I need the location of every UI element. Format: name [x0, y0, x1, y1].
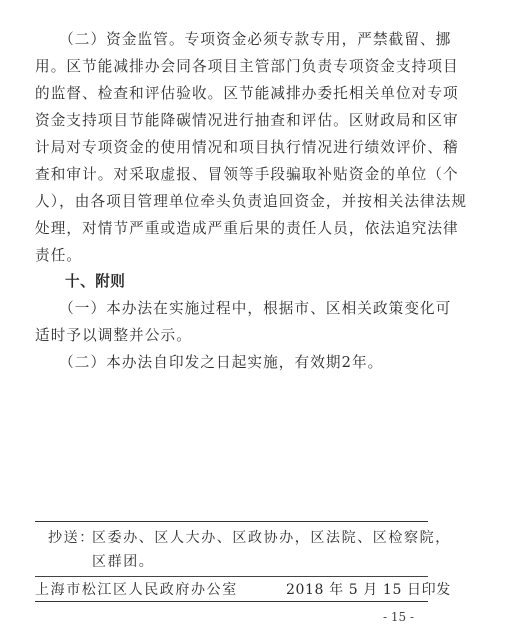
text-line: （一）本办法在实施过程中，根据市、区相关政策变化可	[35, 299, 440, 319]
text-line: 计局对专项资金的使用情况和项目执行情况进行绩效评价、稽	[35, 138, 440, 158]
cc-recipients-line1: 区委办、区人大办、区政协办，区法院、区检察院，	[92, 529, 451, 547]
text-line: 的监督、检查和评估验收。区节能减排办委托相关单位对专项	[35, 84, 440, 104]
text-line: 用。区节能减排办会同各项目主管部门负责专项资金支持项目	[35, 57, 440, 77]
section-heading: 十、附则	[65, 272, 185, 292]
footer-middle-rule	[35, 576, 428, 577]
cc-recipients-line2: 区群团。	[92, 553, 154, 571]
text-line: 人），由各项目管理单位牵头负责追回资金，并按相关法律法规	[35, 192, 440, 212]
footer-top-rule	[35, 521, 428, 522]
text-line: 责任。	[35, 246, 440, 266]
cc-label: 抄送：	[48, 529, 95, 547]
text-line: 资金支持项目节能降碳情况进行抽查和评估。区财政局和区审	[35, 111, 440, 131]
text-line: （二）本办法自印发之日起实施，有效期2年。	[35, 353, 440, 373]
footer-bottom-rule	[35, 601, 428, 602]
document-page: （二）资金监管。专项资金必须专款专用，严禁截留、挪 用。区节能减排办会同各项目主…	[0, 0, 505, 628]
text-line: 查和审计。对采取虚报、冒领等手段骗取补贴资金的单位（个	[35, 165, 440, 185]
text-line: 适时予以调整并公示。	[35, 326, 440, 346]
text-line: 处理，对情节严重或造成严重后果的责任人员，依法追究法律	[35, 219, 440, 239]
issue-date: 2018 年 5 月 15 日印发	[286, 581, 451, 599]
page-number: - 15 -	[383, 610, 414, 624]
issuing-office: 上海市松江区人民政府办公室	[35, 581, 238, 599]
text-line: （二）资金监管。专项资金必须专款专用，严禁截留、挪	[35, 30, 440, 50]
